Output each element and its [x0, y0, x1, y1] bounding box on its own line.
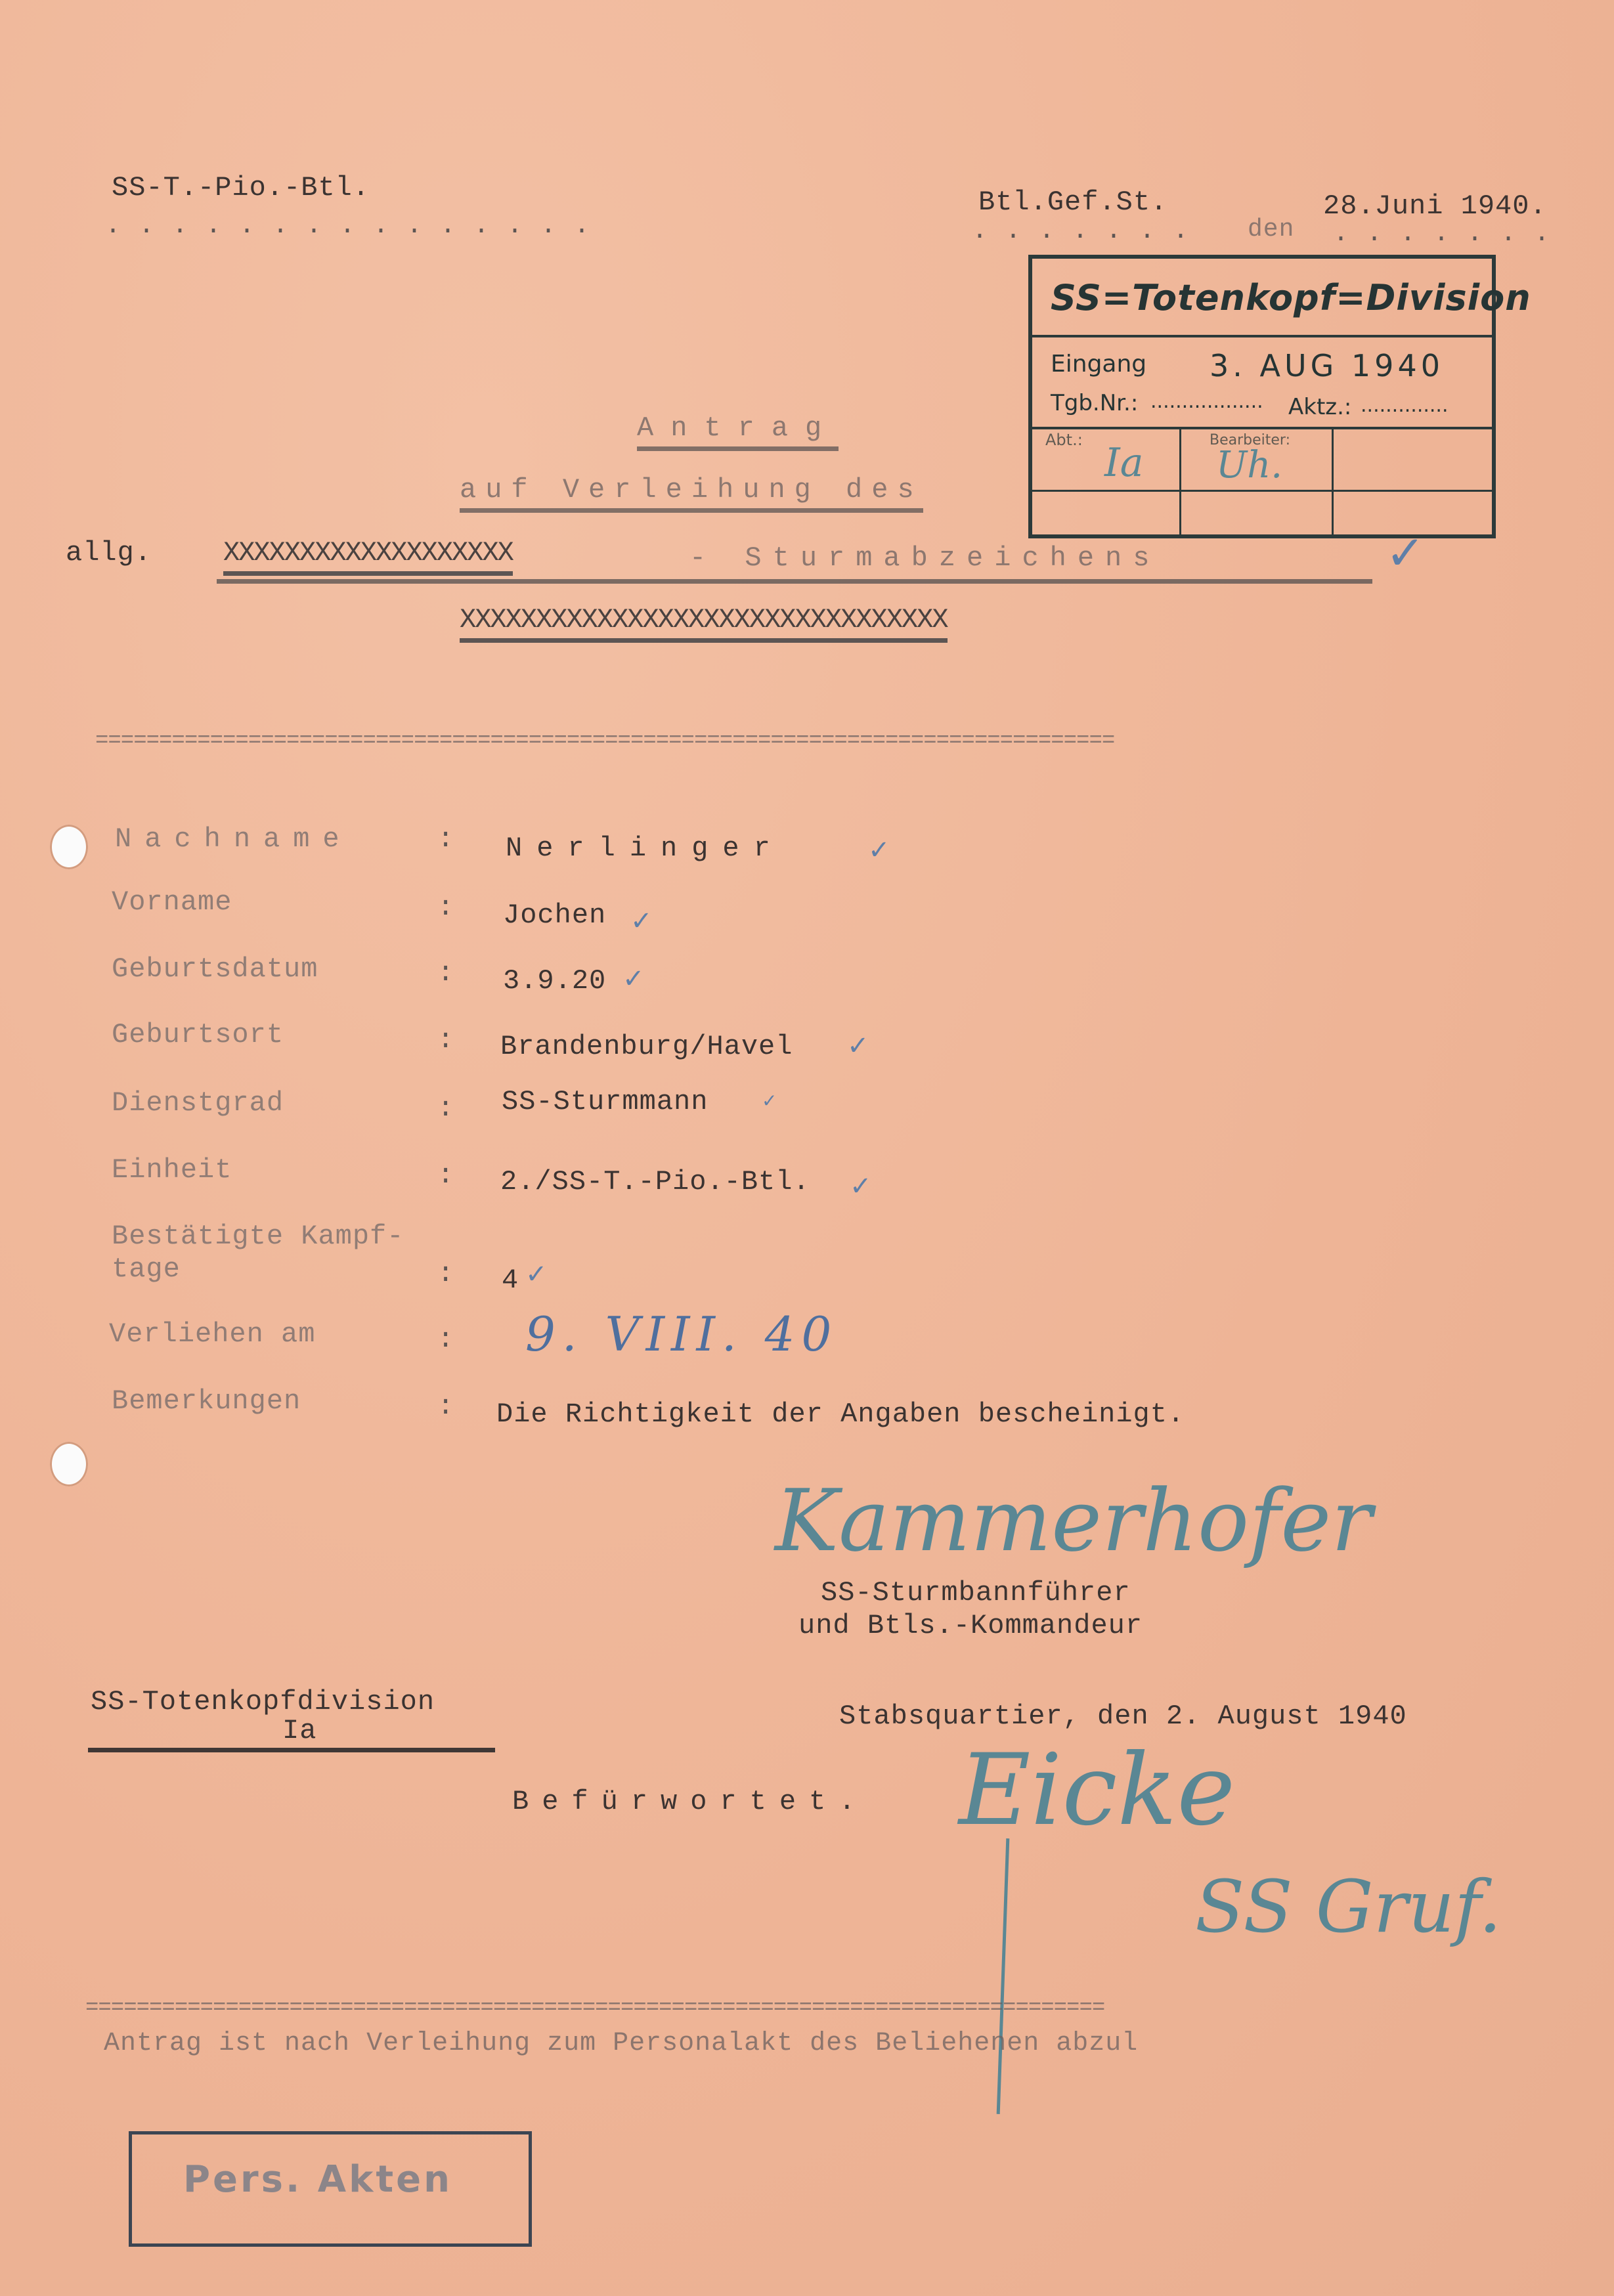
stamp-tgb-label: Tgb.Nr.: [1051, 390, 1138, 416]
title-allg: allg. [66, 537, 152, 569]
colon-verliehen: : [437, 1324, 454, 1355]
check-kampftage: ✓ [525, 1259, 548, 1289]
check-mark-title: ✓ [1385, 525, 1425, 580]
value-geburtsdatum: 3.9.20 [503, 965, 606, 997]
value-verliehen: 9. VIII. 40 [525, 1307, 838, 1362]
colon-bemerkungen: : [437, 1391, 454, 1422]
header-dots-left: ............... [105, 211, 607, 241]
stamp-title: SS=Totenkopf=Division [1051, 277, 1531, 318]
header-dots-right-a: ....... [972, 217, 1206, 246]
signature-rank: SS-Sturmbannführer [821, 1577, 1131, 1609]
signature-title: und Btls.-Kommandeur [798, 1610, 1143, 1641]
separator-top: ========================================… [95, 729, 1527, 754]
endorse-place-date: Stabsquartier, den 2. August 1940 [839, 1700, 1407, 1732]
label-dienstgrad: Dienstgrad [112, 1087, 284, 1119]
stamp-tgb-dots: .................. [1150, 390, 1263, 413]
endorse-signature: Eicke [959, 1733, 1235, 1848]
title-badge-underline [217, 579, 1372, 584]
colon-geburtsdatum: : [437, 957, 454, 989]
signature-commander: Kammerhofer [775, 1471, 1372, 1570]
signature-stroke [997, 1838, 1010, 2114]
header-date: 28.Juni 1940. [1323, 190, 1547, 222]
title-struck-2: XXXXXXXXXXXXXXXXXXXXXXXXXXXXXXXX [460, 604, 948, 643]
colon-einheit: : [437, 1159, 454, 1191]
header-unit: SS-T.-Pio.-Btl. [112, 172, 370, 204]
pers-akten-stamp: Pers. Akten [129, 2131, 532, 2247]
stamp-aktz-dots: .............. [1361, 394, 1449, 417]
stamp-aktz-label: Aktz.: [1288, 394, 1351, 420]
endorse-signature-rank: SS Gruf. [1195, 1865, 1502, 1949]
check-geburtsort: ✓ [847, 1031, 869, 1061]
colon-geburtsort: : [437, 1024, 454, 1056]
header-location: Btl.Gef.St. [978, 186, 1167, 218]
check-einheit: ✓ [850, 1171, 872, 1202]
colon-vorname: : [437, 892, 454, 923]
stamp-eingang-label: Eingang [1051, 351, 1146, 378]
value-nachname: Nerlinger [506, 833, 785, 864]
stamp-abt-value: Ia [1104, 440, 1143, 486]
label-geburtsort: Geburtsort [112, 1019, 284, 1051]
footer-note: Antrag ist nach Verleihung zum Personala… [104, 2029, 1138, 2058]
stamp-abt-label: Abt.: [1045, 431, 1083, 449]
value-vorname: Jochen [503, 899, 606, 931]
colon-nachname: : [437, 823, 454, 855]
value-einheit: 2./SS-T.-Pio.-Btl. [500, 1166, 810, 1198]
title-struck-1: XXXXXXXXXXXXXXXXXXX [223, 537, 513, 576]
endorse-division: SS-Totenkopfdivision [91, 1686, 435, 1718]
stamp-bearbeiter-value: Uh. [1216, 444, 1282, 487]
pers-akten-text: Pers. Akten [183, 2158, 452, 2201]
header-dots-right-b: ....... [1333, 219, 1567, 249]
label-nachname: Nachname [115, 823, 353, 855]
endorse-befuerwortet: Befürwortet. [512, 1786, 868, 1817]
check-nachname: ✓ [868, 835, 890, 865]
separator-bottom: ========================================… [85, 1996, 1484, 2021]
check-vorname: ✓ [630, 906, 653, 936]
punch-hole-bottom [50, 1442, 88, 1486]
label-bemerkungen: Bemerkungen [112, 1385, 301, 1417]
value-bemerkungen: Die Richtigkeit der Angaben bescheinigt. [496, 1398, 1185, 1430]
header-den: den [1248, 215, 1294, 244]
label-verliehen: Verliehen am [109, 1318, 315, 1350]
value-geburtsort: Brandenburg/Havel [500, 1031, 793, 1062]
colon-dienstgrad: : [437, 1093, 454, 1124]
stamp-eingang-date: 3. AUG 1940 [1210, 348, 1444, 383]
title-verleihung: auf Verleihung des [460, 474, 923, 513]
endorse-section: Ia [282, 1715, 316, 1746]
label-kampftage: Bestätigte Kampf- tage [112, 1220, 404, 1286]
colon-kampftage: : [437, 1258, 454, 1289]
label-vorname: Vorname [112, 886, 232, 918]
check-geburtsdatum: ✓ [622, 964, 645, 994]
endorse-underline [88, 1748, 495, 1752]
receipt-stamp: SS=Totenkopf=Division Eingang 3. AUG 194… [1028, 255, 1496, 538]
punch-hole-top [50, 825, 88, 869]
label-einheit: Einheit [112, 1154, 232, 1186]
value-kampftage: 4 [502, 1265, 519, 1296]
label-geburtsdatum: Geburtsdatum [112, 953, 318, 985]
title-antrag: Antrag [637, 412, 839, 451]
title-badge: - Sturmabzeichens [689, 542, 1160, 574]
check-dienstgrad: ✓ [762, 1090, 777, 1112]
value-dienstgrad: SS-Sturmmann [502, 1086, 708, 1117]
